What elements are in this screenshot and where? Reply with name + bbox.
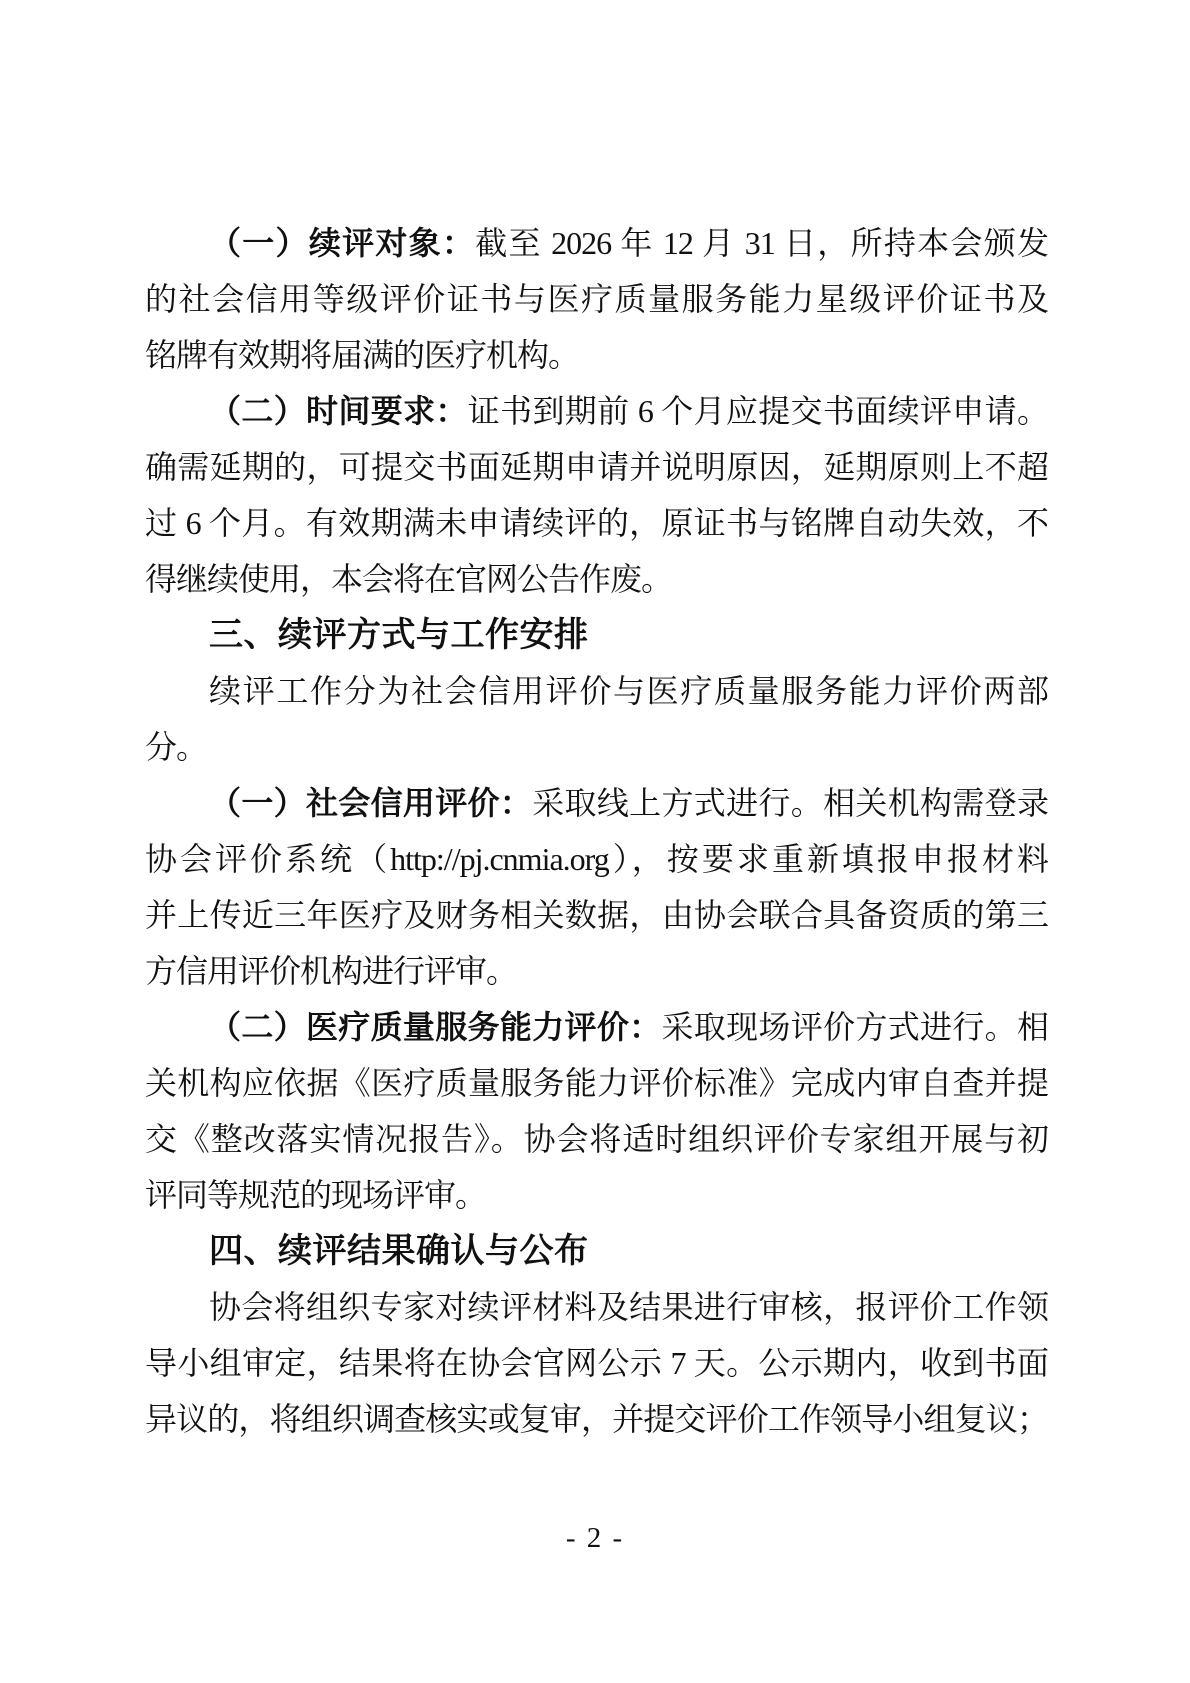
section-heading: 四、续评结果确认与公布 (145, 1223, 1048, 1279)
text-line: 过 6 个月。有效期满未申请续评的，原证书与铭牌自动失效，不 (145, 495, 1048, 551)
text-run: 方信用评价机构进行评审。 (145, 953, 517, 989)
text-run: 交《整改落实情况报告》。协会将适时组织评价专家组开展与初 (145, 1121, 1048, 1157)
text-line: （二）医疗质量服务能力评价：采取现场评价方式进行。相 (145, 999, 1048, 1055)
text-run: 协会将组织专家对续评材料及结果进行审核，报评价工作领 (209, 1289, 1048, 1325)
clause-label: （二）时间要求： (209, 393, 468, 429)
text-run: 续评工作分为社会信用评价与医疗质量服务能力评价两部 (209, 673, 1048, 709)
section-heading: 三、续评方式与工作安排 (145, 607, 1048, 663)
text-line: 协会将组织专家对续评材料及结果进行审核，报评价工作领 (145, 1279, 1048, 1335)
text-run: 得继续使用，本会将在官网公告作废。 (145, 561, 672, 597)
text-run: 导小组审定，结果将在协会官网公示 7 天。公示期内，收到书面 (145, 1345, 1048, 1381)
text-line: 的社会信用等级评价证书与医疗质量服务能力星级评价证书及 (145, 271, 1048, 327)
text-line: 并上传近三年医疗及财务相关数据，由协会联合具备资质的第三 (145, 887, 1048, 943)
text-run: 评同等规范的现场评审。 (145, 1177, 486, 1213)
text-run: 过 6 个月。有效期满未申请续评的，原证书与铭牌自动失效，不 (145, 505, 1048, 541)
text-line: （一）社会信用评价：采取线上方式进行。相关机构需登录 (145, 775, 1048, 831)
text-run: 确需延期的，可提交书面延期申请并说明原因，延期原则上不超 (145, 449, 1048, 485)
text-run: 关机构应依据《医疗质量服务能力评价标准》完成内审自查并提 (145, 1065, 1048, 1101)
text-line: 分。 (145, 719, 1048, 775)
text-line: 异议的，将组织调查核实或复审，并提交评价工作领导小组复议； (145, 1391, 1048, 1447)
page-number: - 2 - (566, 1522, 624, 1554)
text-line: 关机构应依据《医疗质量服务能力评价标准》完成内审自查并提 (145, 1055, 1048, 1111)
text-run: 四、续评结果确认与公布 (209, 1232, 589, 1270)
text-line: 交《整改落实情况报告》。协会将适时组织评价专家组开展与初 (145, 1111, 1048, 1167)
text-run: 证书到期前 6 个月应提交书面续评申请。 (468, 393, 1048, 429)
clause-label: （一）续评对象： (209, 225, 475, 261)
text-run: 铭牌有效期将届满的医疗机构。 (145, 337, 579, 373)
clause-label: （一）社会信用评价： (209, 785, 532, 821)
text-line: 导小组审定，结果将在协会官网公示 7 天。公示期内，收到书面 (145, 1335, 1048, 1391)
text-line: 续评工作分为社会信用评价与医疗质量服务能力评价两部 (145, 663, 1048, 719)
text-run: 分。 (145, 729, 207, 765)
text-line: （一）续评对象：截至 2026 年 12 月 31 日，所持本会颁发 (145, 215, 1048, 271)
text-run: 截至 2026 年 12 月 31 日，所持本会颁发 (475, 225, 1048, 261)
text-line: （二）时间要求：证书到期前 6 个月应提交书面续评申请。 (145, 383, 1048, 439)
text-run: 三、续评方式与工作安排 (209, 616, 589, 654)
text-line: 协会评价系统（http://pj.cnmia.org），按要求重新填报申报材料 (145, 831, 1048, 887)
document-body: （一）续评对象：截至 2026 年 12 月 31 日，所持本会颁发的社会信用等… (145, 215, 1048, 1447)
text-run: 的社会信用等级评价证书与医疗质量服务能力星级评价证书及 (145, 281, 1048, 317)
document-page: （一）续评对象：截至 2026 年 12 月 31 日，所持本会颁发的社会信用等… (0, 0, 1190, 1683)
page-footer: - 2 - (0, 1522, 1190, 1555)
clause-label: （二）医疗质量服务能力评价： (209, 1009, 661, 1045)
text-line: 确需延期的，可提交书面延期申请并说明原因，延期原则上不超 (145, 439, 1048, 495)
text-run: 采取线上方式进行。相关机构需登录 (532, 785, 1048, 821)
text-run: 协会评价系统（http://pj.cnmia.org），按要求重新填报申报材料 (145, 841, 1048, 877)
text-run: 采取现场评价方式进行。相 (661, 1009, 1048, 1045)
text-run: 并上传近三年医疗及财务相关数据，由协会联合具备资质的第三 (145, 897, 1048, 933)
text-line: 铭牌有效期将届满的医疗机构。 (145, 327, 1048, 383)
text-line: 方信用评价机构进行评审。 (145, 943, 1048, 999)
text-line: 评同等规范的现场评审。 (145, 1167, 1048, 1223)
text-run: 异议的，将组织调查核实或复审，并提交评价工作领导小组复议； (145, 1401, 1048, 1437)
text-line: 得继续使用，本会将在官网公告作废。 (145, 551, 1048, 607)
